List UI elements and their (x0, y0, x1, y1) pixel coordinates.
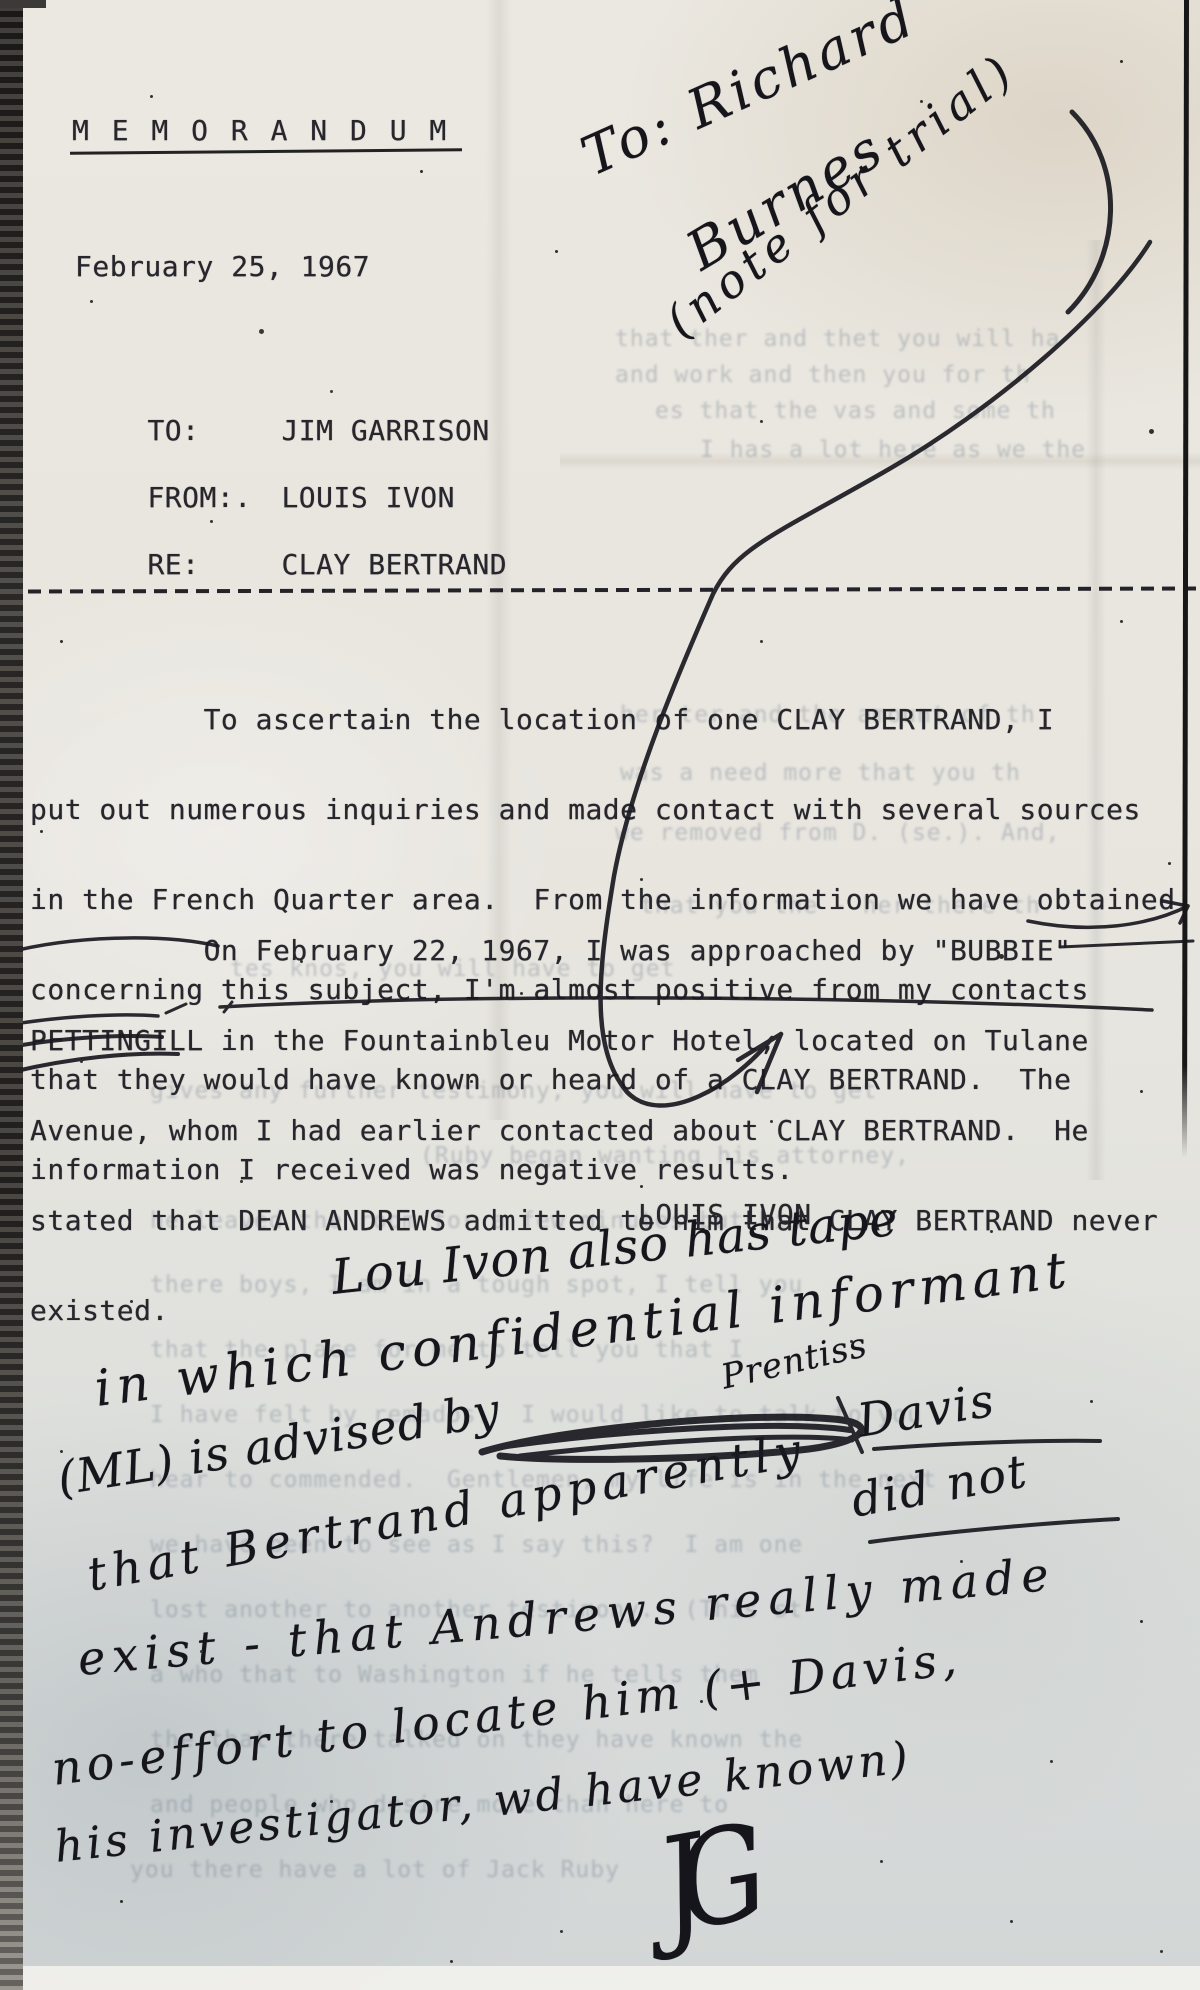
field-value-to: JIM GARRISON (281, 414, 489, 447)
memo-date: February 25, 1967 (75, 252, 370, 282)
field-label-to: TO: (147, 416, 281, 446)
paragraph-line: To ascertain the location of one CLAY BE… (30, 705, 1176, 735)
handwritten-emphasis-did-not: did not (847, 1443, 1032, 1527)
memo-title: M E M O R A N D U M (72, 116, 449, 146)
scan-corner-top-left (0, 0, 46, 8)
paragraph-line: PETTINGILL in the Fountainbleu Motor Hot… (30, 1026, 1158, 1056)
field-row-re: RE:CLAY BERTRAND (78, 520, 507, 610)
scan-edge-left (0, 0, 23, 1990)
field-value-re: CLAY BERTRAND (281, 548, 507, 581)
field-label-from: FROM:. (147, 483, 281, 513)
ghost-bleedthrough-line: you there have a lot of Jack Ruby (130, 1857, 620, 1883)
paragraph-line: put out numerous inquiries and made cont… (30, 795, 1176, 825)
paragraph-line: Avenue, whom I had earlier contacted abo… (30, 1116, 1158, 1146)
memo-title-underline (70, 148, 462, 154)
ghost-bleedthrough-line: es that the vas and some th (655, 398, 1056, 424)
field-value-from: LOUIS IVON (281, 481, 455, 514)
paper-crease-horizontal (560, 452, 1200, 470)
davis-underline (874, 1441, 1100, 1449)
handwritten-initials-jg: JG (647, 1799, 754, 1963)
field-label-re: RE: (147, 550, 281, 580)
did-not-underline (870, 1519, 1118, 1542)
ghost-bleedthrough-line: and work and then you for th (615, 362, 1031, 388)
scanned-memo-page: that ther and thet you will ha and work … (0, 0, 1200, 1990)
scan-edge-right (1182, 0, 1189, 1158)
scan-bottom-edge (0, 1966, 1200, 1990)
paragraph-line: On February 22, 1967, I was approached b… (30, 936, 1158, 966)
